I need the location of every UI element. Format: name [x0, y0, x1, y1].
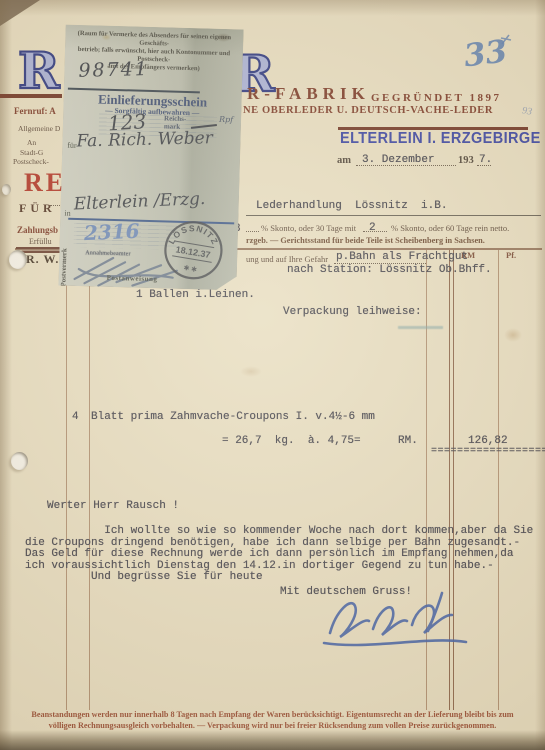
paper-top-shading	[0, 0, 545, 16]
postmark-stars: ✱ ✱	[183, 264, 198, 274]
item-currency: RM.	[398, 435, 418, 447]
skonto-part1: % Skonto, oder 30 Tage mit	[261, 223, 356, 233]
letter-line: Und begrüsse Sie für heute	[25, 572, 533, 584]
recipient-typed: Lederhandlung Lössnitz i.B.	[256, 200, 447, 212]
signature-ink	[316, 585, 476, 655]
slip-in-label: in	[64, 209, 70, 218]
skonto-typed-2: 2	[369, 222, 376, 234]
bank-line-2: An	[27, 138, 36, 147]
item-calc: = 26,7 kg. à. 4,75=	[222, 435, 361, 447]
punch-hole-bottom	[11, 452, 28, 470]
item-qty: 4	[72, 411, 79, 423]
letter-salutation: Werter Herr Rausch !	[47, 500, 179, 512]
bank-line-1: Allgemeine D	[18, 124, 60, 133]
date-typed: 3. Dezember	[362, 154, 435, 166]
paper-right-edge-shading	[535, 0, 545, 750]
slip-rpf-label: Rpf	[219, 115, 233, 124]
slip-bottom-label: Postanweisung	[107, 274, 158, 283]
bank-line-3: Stadt-G	[20, 148, 43, 157]
gefahr-fragment: ung und auf Ihre Gefahr	[246, 254, 328, 264]
table-vline-1	[66, 250, 67, 710]
founded-label: GEGRÜNDET 1897	[371, 92, 501, 104]
pencil-number: 93	[521, 105, 533, 117]
fabrik-fragment: R-FABRIK	[247, 84, 370, 104]
recipient-underline	[246, 215, 541, 216]
table-vline-2	[89, 250, 90, 710]
invoice-document-photo: RIC R Fernruf: A Allgemeine D An Stadt-G…	[0, 0, 545, 750]
teal-pen-mark	[398, 326, 443, 329]
letter-paragraph: Ich wollte so wie so kommender Woche nac…	[25, 526, 533, 584]
footer-line-2: völligen Rechnungsausgleich vorbehalten.…	[0, 720, 545, 731]
year-printed: 193	[458, 155, 474, 166]
shipping-station-typed: nach Station: Lössnitz Ob.Bhff.	[287, 264, 492, 276]
zahlungsbedingungen-fragment: Zahlungsb	[17, 225, 58, 235]
slip-number-handwritten: 98741	[78, 58, 149, 82]
court-fragment: rzgeb. — Gerichtsstand für beide Teile i…	[246, 236, 485, 245]
letter-line: Ich wollte so wie so kommender Woche nac…	[25, 526, 533, 538]
headline-rule-left	[0, 94, 62, 98]
year-dotted-line	[477, 164, 491, 166]
packing-typed: Verpackung leihweise:	[283, 306, 422, 318]
paper-bottom-shading	[0, 730, 545, 750]
date-prefix: am	[337, 155, 351, 166]
blue-crayon-tick-mark	[499, 33, 513, 47]
slip-postvermerk-label: Postvermerk	[59, 225, 69, 287]
paper-left-edge-shading	[0, 0, 12, 750]
punch-hole-top	[9, 250, 27, 269]
paper-stain	[240, 366, 262, 377]
rw-initials: R. W.	[26, 252, 59, 267]
products-fragment: NE OBERLEDER U. DEUTSCH-VACHE-LEDER	[243, 105, 493, 116]
paper-blemish	[2, 184, 11, 195]
skonto-dots-1	[246, 230, 259, 232]
footer-terms: Beanstandungen werden nur innerhalb 8 Ta…	[0, 709, 545, 731]
item-total-rule: ==================	[431, 446, 545, 457]
rechnung-fragment: RE	[24, 168, 66, 198]
fuer-leader-dots	[50, 204, 62, 206]
skonto-part2: % Skonto, oder 60 Tage rein netto.	[391, 223, 509, 233]
footer-line-1: Beanstandungen werden nur innerhalb 8 Ta…	[0, 709, 545, 720]
slip-in-handwritten: Elterlein /Erzg.	[73, 189, 205, 214]
slip-for-handwritten: Fa. Rich. Weber	[76, 128, 213, 151]
postmark-stamp: LÖSSNITZ 18.12.37 ✱ ✱	[157, 213, 231, 287]
place-banner: ELTERLEIN I. ERZGEBIRGE	[340, 131, 541, 148]
ballen-typed: 1 Ballen i.Leinen.	[136, 289, 255, 301]
column-header-pf: Pf.	[506, 250, 516, 260]
table-vline-4	[498, 250, 499, 710]
slip-for-label: für	[67, 141, 77, 150]
erfuellungsort-fragment: Erfüllu	[29, 237, 52, 246]
slip-deposit-no-handwritten: 2316	[83, 219, 140, 245]
headline-rule-right	[338, 127, 528, 130]
bank-line-4: Postscheck-	[13, 157, 49, 166]
deposit-slip: (Raum für Vermerke des Absenders für sei…	[58, 25, 243, 291]
item-description: Blatt prima Zahmvache-Croupons I. v.4½-6…	[91, 411, 375, 423]
fernruf-fragment: Fernruf: A	[14, 106, 56, 116]
paper-stain	[504, 328, 522, 342]
